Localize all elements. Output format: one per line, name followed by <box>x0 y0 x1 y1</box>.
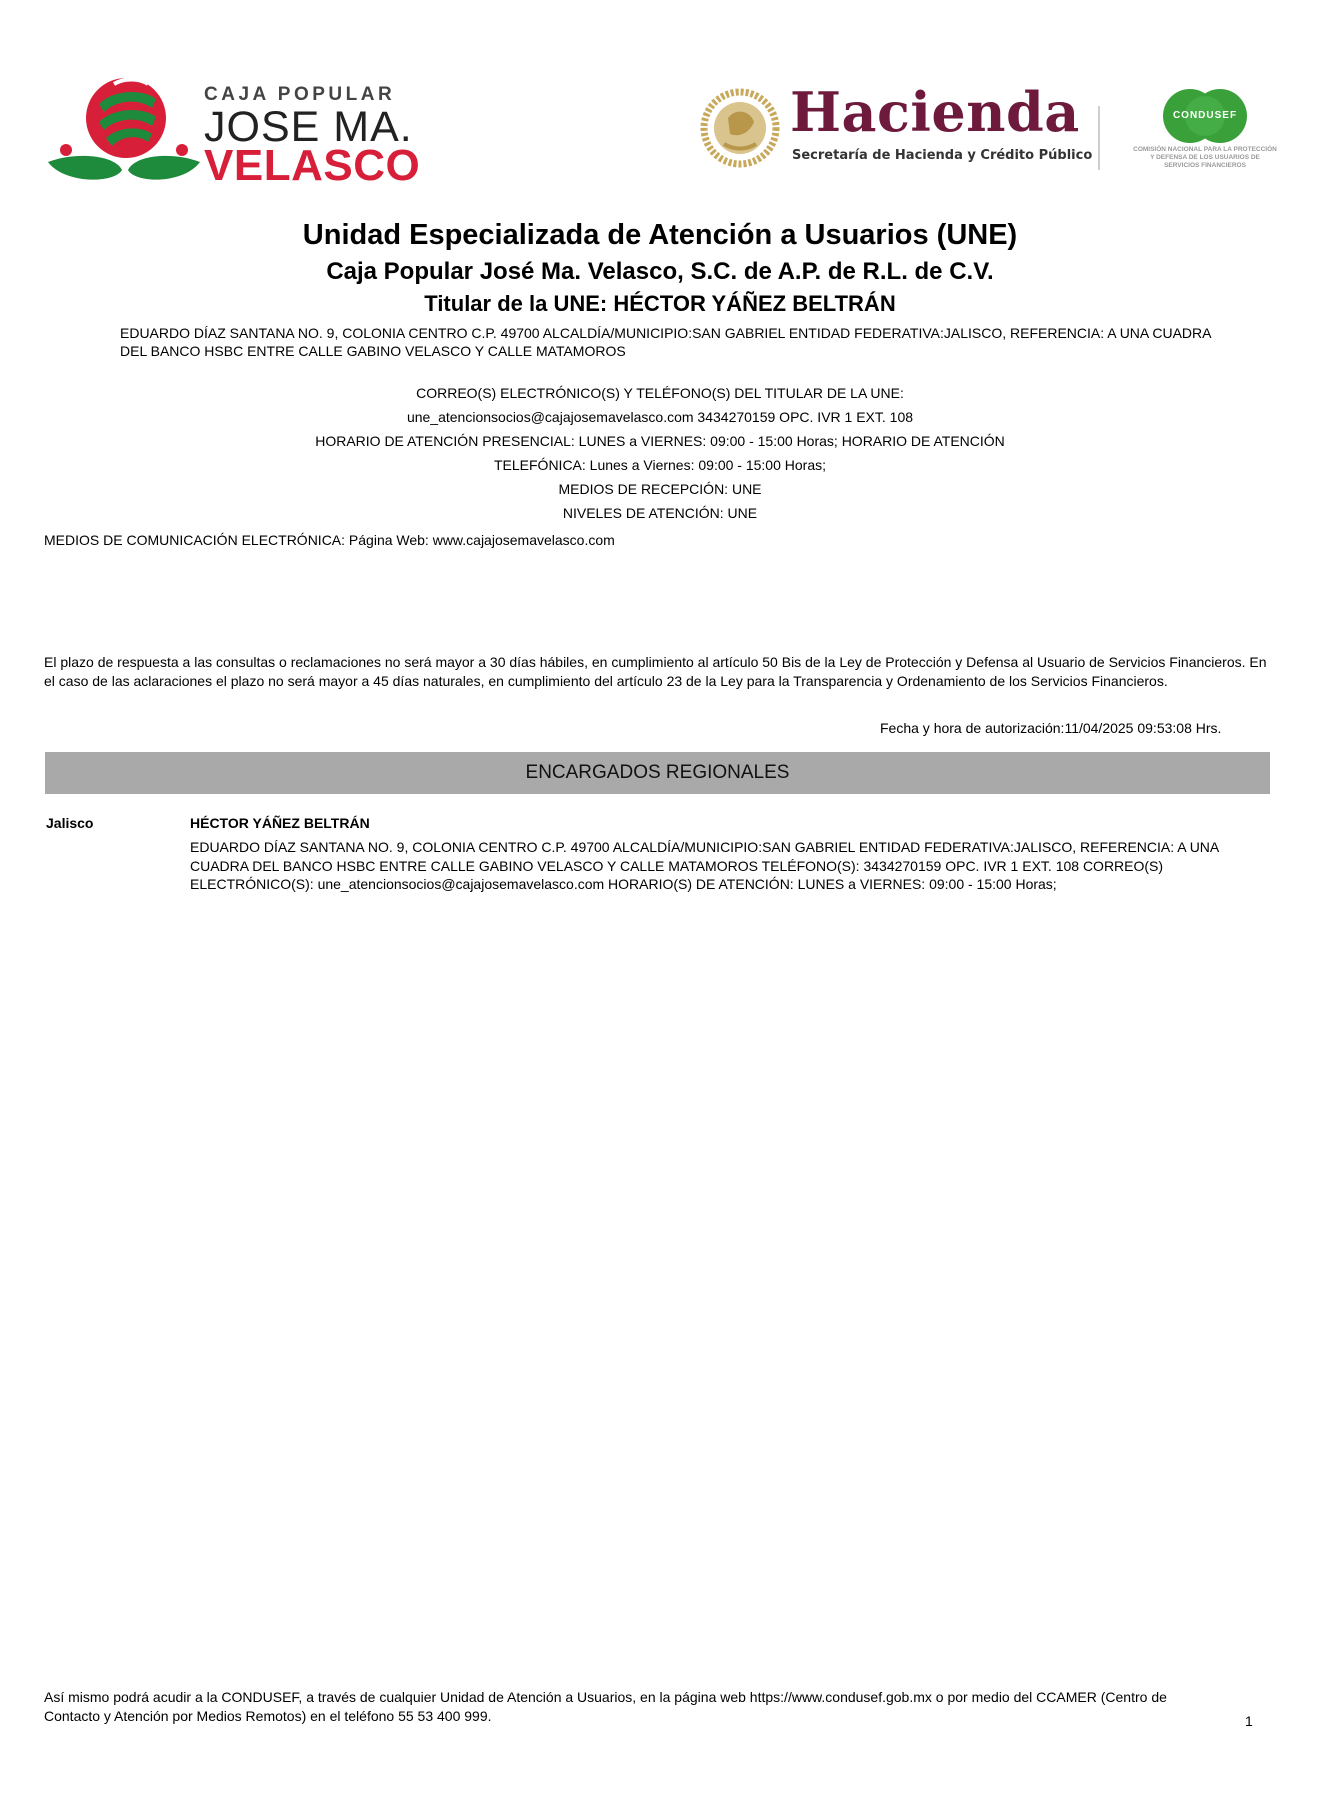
contact-heading: CORREO(S) ELECTRÓNICO(S) Y TELÉFONO(S) D… <box>0 385 1320 401</box>
horario-line-1: HORARIO DE ATENCIÓN PRESENCIAL: LUNES a … <box>0 433 1320 449</box>
caja-popular-logo: CAJA POPULAR JOSE MA. VELASCO <box>44 74 424 184</box>
une-address: EDUARDO DÍAZ SANTANA NO. 9, COLONIA CENT… <box>120 324 1230 360</box>
page-number: 1 <box>1245 1713 1253 1729</box>
page-title: Unidad Especializada de Atención a Usuar… <box>0 219 1320 252</box>
medios-recepcion: MEDIOS DE RECEPCIÓN: UNE <box>0 481 1320 497</box>
institution-name: Caja Popular José Ma. Velasco, S.C. de A… <box>0 258 1320 286</box>
rose-emblem-icon <box>44 74 204 184</box>
logo-divider <box>1098 106 1100 170</box>
region-encargado-detail: EDUARDO DÍAZ SANTANA NO. 9, COLONIA CENT… <box>190 838 1272 894</box>
encargados-regionales-band: ENCARGADOS REGIONALES <box>45 752 1270 794</box>
hacienda-subtitle: Secretaría de Hacienda y Crédito Público <box>792 148 1092 163</box>
section-heading: ENCARGADOS REGIONALES <box>45 752 1270 794</box>
niveles-atencion: NIVELES DE ATENCIÓN: UNE <box>0 505 1320 521</box>
mexican-coat-of-arms-icon <box>700 88 780 168</box>
logo-velasco-text: VELASCO <box>204 144 420 188</box>
hacienda-wordmark: Hacienda <box>790 82 1080 142</box>
condusef-logo: CONDUSEF COMISIÓN NACIONAL PARA LA PROTE… <box>1120 88 1290 178</box>
horario-line-2: TELEFÓNICA: Lunes a Viernes: 09:00 - 15:… <box>0 457 1320 473</box>
region-state: Jalisco <box>46 815 93 831</box>
contact-value: une_atencionsocios@cajajosemavelasco.com… <box>0 409 1320 425</box>
une-titular: Titular de la UNE: HÉCTOR YÁÑEZ BELTRÁN <box>0 291 1320 317</box>
plazo-paragraph: El plazo de respuesta a las consultas o … <box>44 653 1274 690</box>
condusef-subtitle: COMISIÓN NACIONAL PARA LA PROTECCIÓN Y D… <box>1120 146 1290 170</box>
fecha-autorizacion: Fecha y hora de autorización:11/04/2025 … <box>880 720 1221 736</box>
footer-condusef-note: Así mismo podrá acudir a la CONDUSEF, a … <box>44 1688 1204 1726</box>
region-encargado-name: HÉCTOR YÁÑEZ BELTRÁN <box>190 815 370 831</box>
medios-comunicacion: MEDIOS DE COMUNICACIÓN ELECTRÓNICA: Pági… <box>44 532 615 548</box>
condusef-wordmark: CONDUSEF <box>1160 110 1250 121</box>
